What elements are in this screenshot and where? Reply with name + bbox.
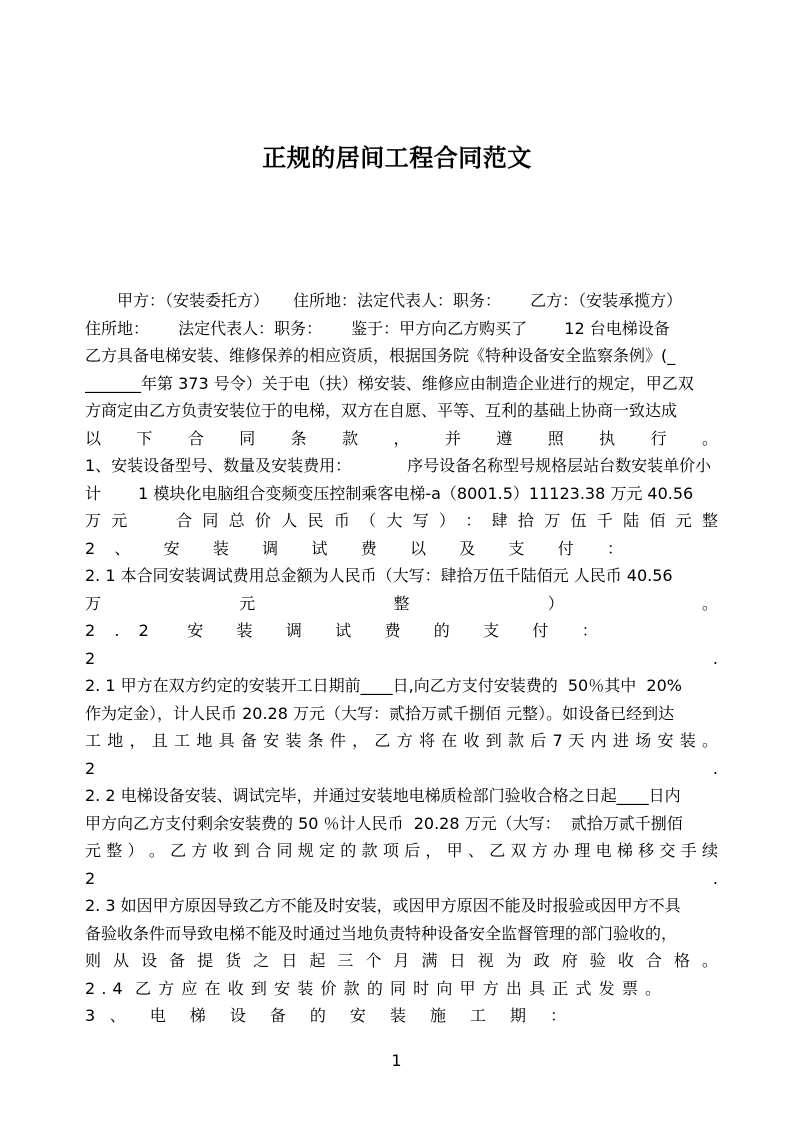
- doc-line: 2 、 安 装 调 试 费 以 及 支 付 ：: [85, 535, 623, 563]
- doc-line: 计 1 模块化电脑组合变频变压控制乘客电梯-a（8001.5）11123.38 …: [85, 480, 718, 508]
- doc-line: 万 元 合 同 总 价 人 民 币 （ 大 写 ） ： 肆 拾 万 伍 千 陆 …: [85, 507, 718, 535]
- doc-line: 1、安装设备型号、数量及安装费用： 序号设备名称型号规格层站台数安装单价小: [85, 452, 718, 480]
- doc-line: 作为定金），计人民币 20.28 万元（大写：贰拾万贰千捌佰 元整）。如设备已经…: [85, 700, 718, 728]
- doc-line: 备验收条件而导致电梯不能及时通过当地负责特种设备安全监督管理的部门验收的，: [85, 920, 718, 948]
- doc-line: 则 从 设 备 提 货 之 日 起 三 个 月 满 日 视 为 政 府 验 收 …: [85, 947, 718, 975]
- doc-line: 以 下 合 同 条 款 ， 并 遵 照 执 行 。: [85, 425, 718, 453]
- doc-line: 甲方向乙方支付剩余安装费的 50 ％计人民币 20.28 万元（大写： 贰拾万贰…: [85, 810, 718, 838]
- document-page: 正规的居间工程合同范文 甲方：（安装委托方） 住所地：法定代表人：职务： 乙方：…: [0, 0, 793, 1122]
- doc-line: 2 .: [85, 645, 718, 673]
- page-number: 1: [0, 1050, 793, 1072]
- page-title: 正规的居间工程合同范文: [84, 138, 710, 173]
- document-body: 甲方：（安装委托方） 住所地：法定代表人：职务： 乙方：（安装承揽方）住所地： …: [85, 287, 718, 1030]
- doc-line: 甲方：（安装委托方） 住所地：法定代表人：职务： 乙方：（安装承揽方）: [85, 287, 718, 315]
- doc-line: 2. 1 甲方在双方约定的安装开工日期前____日,向乙方支付安装费的 50％其…: [85, 672, 718, 700]
- doc-line: 2 . 4 乙 方 应 在 收 到 安 装 价 款 的 同 时 向 甲 方 出 …: [85, 975, 661, 1003]
- doc-line: 2 .: [85, 865, 718, 893]
- doc-line: 方商定由乙方负责安装位于的电梯，双方在自愿、平等、互利的基础上协商一致达成: [85, 397, 718, 425]
- doc-line: 元 整 ） 。 乙 方 收 到 合 同 规 定 的 款 项 后 ， 甲 、 乙 …: [85, 837, 718, 865]
- doc-line: 住所地： 法定代表人：职务： 鉴于：甲方向乙方购买了 12 台电梯设备: [85, 315, 718, 343]
- doc-line: 2. 3 如因甲方原因导致乙方不能及时安装，或因甲方原因不能及时报验或因甲方不具: [85, 892, 718, 920]
- doc-line: 工 地 ， 且 工 地 具 备 安 装 条 件 ， 乙 方 将 在 收 到 款 …: [85, 727, 718, 755]
- doc-line: 2 .: [85, 755, 718, 783]
- doc-line: 2 . 2 安 装 调 试 费 的 支 付 ：: [85, 617, 598, 645]
- doc-line: 乙方具备电梯安装、维修保养的相应资质，根据国务院《特种设备安全监察条例》(_: [85, 342, 718, 370]
- doc-line: 3 、 电 梯 设 备 的 安 装 施 工 期 ：: [85, 1002, 566, 1030]
- doc-line: _______年第 373 号令）关于电（扶）梯安装、维修应由制造企业进行的规定…: [85, 370, 718, 398]
- doc-line: 万 元 整 ） 。: [85, 590, 718, 618]
- doc-line: 2. 1 本合同安装调试费用总金额为人民币（大写：肆拾万伍千陆佰元 人民币 40…: [85, 562, 718, 590]
- doc-line: 2. 2 电梯设备安装、调试完毕，并通过安装地电梯质检部门验收合格之日起____…: [85, 782, 718, 810]
